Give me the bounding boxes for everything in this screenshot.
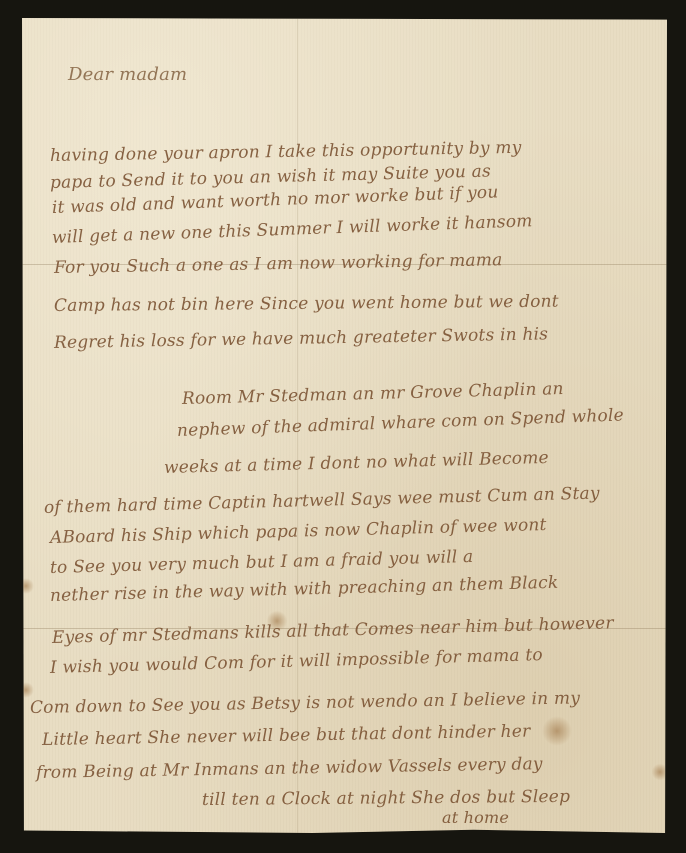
salutation: Dear madam: [68, 64, 187, 85]
letter-line: nephew of the admiral whare com on Spend…: [177, 405, 624, 441]
letter-line: will get a new one this Summer I will wo…: [52, 211, 533, 248]
ink-stain: [18, 578, 34, 594]
letter-line: nether rise in the way with with preachi…: [50, 573, 559, 606]
letter-line: weeks at a time I dont no what will Beco…: [164, 448, 549, 478]
ink-stain: [652, 763, 668, 781]
letter-line: from Being at Mr Inmans an the widow Vas…: [36, 754, 543, 783]
letter-line: Regret his loss for we have much greatet…: [54, 324, 548, 353]
letter-line: Eyes of mr Stedmans kills all that Comes…: [52, 613, 614, 648]
letter-page: Dear madam having done your apron I take…: [22, 18, 667, 833]
letter-line: Camp has not bin here Since you went hom…: [54, 292, 559, 316]
letter-line: till ten a Clock at night She dos but Sl…: [202, 787, 570, 810]
ink-stain: [542, 716, 572, 746]
letter-line: of them hard time Captin hartwell Says w…: [44, 483, 600, 518]
letter-line: ABoard his Ship which papa is now Chapli…: [50, 515, 547, 548]
letter-line: Little heart She never will bee but that…: [42, 721, 531, 750]
document-viewer: Dear madam having done your apron I take…: [0, 0, 686, 853]
letter-line: to See you very much but I am a fraid yo…: [50, 547, 474, 578]
letter-line: Com down to See you as Betsy is not wend…: [30, 688, 580, 718]
letter-line: For you Such a one as I am now working f…: [54, 250, 503, 278]
ink-stain: [18, 682, 34, 698]
letter-line: Room Mr Stedman an mr Grove Chaplin an: [182, 379, 564, 409]
letter-line: at home: [442, 808, 509, 827]
